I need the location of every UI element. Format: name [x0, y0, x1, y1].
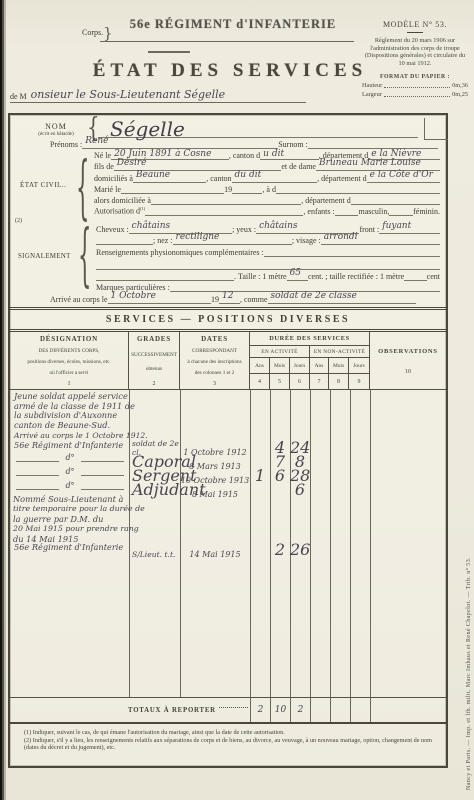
nose-field: rectiligne	[173, 226, 292, 245]
totals-ans-nonact	[310, 698, 330, 722]
subject-handwritten: onsieur le Sous-Lieutenant Ségelle	[27, 88, 225, 101]
service-row: Adjudant 8 Mai 1915 6	[129, 480, 310, 492]
totals-jours-value: 2	[298, 705, 304, 715]
spouse-residence-label: alors domiciliée à	[94, 196, 151, 205]
totals-mois-nonact	[330, 698, 350, 722]
col3-number: 3	[213, 381, 216, 387]
column-divider	[370, 698, 371, 722]
non-activite-title: EN NON-ACTIVITÉ	[310, 346, 369, 357]
surnom-label: Surnom :	[278, 140, 308, 149]
hair-value: châtains	[132, 221, 170, 231]
table-body: Jeune soldat appelé service armé de la c…	[10, 390, 446, 697]
mois-label: Mois	[329, 358, 348, 374]
footnotes: (1) Indiquer, suivant le cas, de qui éma…	[10, 724, 446, 752]
model-rule	[407, 32, 423, 33]
joined-year-value: 12	[222, 291, 233, 301]
hair-label: Cheveux :	[96, 225, 129, 234]
as-label: , comme	[240, 295, 268, 304]
ditto-line	[81, 461, 124, 462]
service-row: Caporal 8 Mars 1913 7 8	[129, 452, 310, 464]
canton2-value: du dit	[235, 170, 262, 180]
col2-sub1: SUCCESSIVEMENT	[131, 352, 177, 358]
physiognomy-row: Renseignements physionomiques complément…	[96, 246, 440, 257]
departement2-value: e la Côte d'Or	[370, 170, 433, 180]
column-divider	[330, 390, 331, 697]
regiment-entry-2: 56e Régiment d'Infanterie	[14, 542, 123, 552]
col2-number: 2	[153, 381, 156, 387]
col-mois-nonact: Mois8	[329, 358, 349, 389]
service-row: soldat de 2e cl. 1 Octobre 1912 4 24	[129, 438, 310, 450]
residence-field: Beaune	[133, 164, 206, 183]
residence-label: domiciliés à	[94, 174, 133, 183]
col-mois-act: Mois5	[270, 358, 290, 389]
height-mid-label: cent. ; taille rectifiée : 1 mètre	[308, 272, 404, 281]
totals-jours-act: 2	[290, 698, 310, 722]
totals-mois-act: 10	[270, 698, 290, 722]
jours-value: 6	[290, 480, 310, 499]
service-row: S/Lieut. t.t. 14 Mai 1915 2 26	[129, 540, 310, 552]
nose-face-row: ; nez : rectiligne ; visage : arrondi	[96, 234, 440, 245]
marriage-year-prefix: 19	[224, 185, 232, 194]
designation-line: canton de Beaune-Sud.	[14, 421, 128, 431]
table-title: SERVICES — POSITIONS DIVERSES	[10, 310, 446, 332]
duree-title: DURÉE DES SERVICES	[250, 332, 369, 346]
col-duree-header: DURÉE DES SERVICES EN ACTIVITÉ EN NON-AC…	[250, 332, 370, 389]
date-value: 8 Mai 1915	[180, 490, 250, 499]
subject-printed-prefix: de M	[10, 92, 27, 101]
col1-title: DÉSIGNATION	[40, 335, 98, 343]
nose-label: ; nez :	[153, 236, 173, 245]
continuation-field	[96, 244, 153, 245]
designation-line: Nommé Sous-Lieutenant à	[13, 494, 128, 504]
paper-format-label: FORMAT DU PAPIER :	[362, 74, 468, 80]
as-field: soldat de 2e classe	[268, 285, 416, 304]
physiognomy-field	[264, 256, 440, 257]
face-field: arrondi	[321, 226, 440, 245]
col9-number: 9	[349, 374, 369, 389]
totals-row: TOTAUX À REPORTER 2 10 2	[10, 697, 446, 724]
height-row: . Taille : 1 mètre 65 cent. ; taille rec…	[96, 270, 440, 281]
totals-jours-nonact	[350, 698, 370, 722]
grade-value: S/Lieut. t.t.	[129, 550, 180, 559]
col1-sub3: où l'officier a servi	[49, 370, 88, 376]
totals-ans-act: 2	[250, 698, 270, 722]
page-title: ÉTAT DES SERVICES	[88, 60, 372, 82]
col3-sub2: à chacune des inscriptions	[187, 359, 241, 365]
birth-label: Né le	[94, 151, 111, 160]
spouse-residence-row: alors domiciliée à , département d	[94, 194, 440, 205]
regiment-entry-1: 56e Régiment d'Infanterie	[14, 440, 123, 450]
scan-edge-shadow	[0, 0, 8, 800]
dotted-leader	[219, 707, 248, 708]
nose-value: rectiligne	[176, 232, 220, 242]
father-label: fils de	[94, 162, 114, 171]
departement2-label: , département d	[317, 174, 367, 183]
date-value: 14 Mai 1915	[180, 550, 250, 559]
ditto-row: d°	[16, 466, 124, 476]
dotted-leader	[384, 96, 450, 97]
model-title: MODÈLE N° 53.	[362, 20, 468, 29]
col-dates-header: DATES CORRESPONDANT à chacune des inscri…	[180, 332, 250, 389]
jours-value: 26	[290, 540, 310, 559]
designation-line: titre temporaire pour la durée de	[13, 504, 128, 514]
mois-label: Mois	[270, 358, 289, 374]
prenoms-field: René	[82, 130, 278, 149]
subject-line: de M onsieur le Sous-Lieutenant Ségelle	[10, 88, 306, 103]
signalement-section-label: SIGNALEMENT	[18, 253, 80, 260]
totals-ans-value: 2	[258, 705, 264, 715]
paper-width-row: Largeur 0m,25	[362, 91, 468, 98]
marriage-label: Marié le	[94, 185, 121, 194]
column-divider	[350, 390, 351, 697]
totals-cells: 2 10 2	[250, 698, 370, 722]
col8-number: 8	[329, 374, 348, 389]
footnote-2: (2) Indiquer, s'il y a lieu, les renseig…	[24, 737, 432, 752]
height-suffix-label: cent	[427, 272, 440, 281]
model-box: MODÈLE N° 53. Règlement du 20 mars 1906 …	[362, 20, 468, 98]
col6-number: 6	[290, 374, 309, 389]
regiment-underline-short	[148, 51, 190, 53]
residence-value: Beaune	[136, 170, 170, 180]
column-divider	[310, 390, 311, 697]
departement2-field: e la Côte d'Or	[367, 164, 440, 183]
col5-number: 5	[270, 374, 289, 389]
as-value: soldat de 2e classe	[271, 291, 357, 301]
ans-label: Ans	[250, 358, 269, 374]
face-label: ; visage :	[292, 236, 321, 245]
joined-year-field: 12	[219, 285, 240, 304]
col3-title: DATES	[201, 335, 228, 343]
height-field: 65	[287, 262, 308, 281]
grade-value: Adjudant	[129, 480, 180, 499]
scanned-service-record: Corps.} 56e RÉGIMENT d'INFANTERIE ÉTAT D…	[0, 0, 474, 800]
face-value: arrondi	[324, 232, 358, 242]
residence-row: domiciliés à Beaune , canton du dit , dé…	[94, 172, 440, 183]
joined-date-value: 1 Octobre	[111, 291, 156, 301]
ditto-mark: d°	[59, 481, 80, 490]
paper-height-value: 0m,36	[452, 82, 468, 89]
obs-title: OBSERVATIONS	[378, 348, 438, 355]
blank-row	[96, 259, 440, 270]
col-ans-act: Ans4	[250, 358, 270, 389]
paper-width-label: Largeur	[362, 91, 382, 98]
col1-number: 1	[68, 381, 71, 387]
service-row: Sergent 10 Octobre 1913 1 6 28	[129, 466, 310, 478]
ditto-line	[16, 475, 59, 476]
jours-label: Jours	[290, 358, 309, 374]
authorization-footnote-ref: (1)	[140, 206, 145, 211]
duree-subcolumns: Ans4 Mois5 Jours6 Ans7 Mois8 Jours9	[250, 358, 369, 389]
departement3-label: , département d	[301, 196, 351, 205]
ditto-line	[16, 461, 59, 462]
height-value: 65	[290, 268, 301, 278]
footnote-1: (1) Indiquer, suivant le cas, de qui éma…	[24, 729, 432, 737]
col4-number: 4	[250, 374, 269, 389]
joined-label: Arrivé au corps le	[50, 295, 108, 304]
col7-number: 7	[310, 374, 328, 389]
form-frame: NOM (écrit en bâtarde) { Ségelle Prénoms…	[8, 113, 448, 768]
mois-value: 2	[270, 540, 290, 559]
prenoms-row: Prénoms : René Surnom :	[50, 137, 438, 149]
etat-civil-section-label: ÉTAT CIVIL..	[20, 181, 80, 189]
col-ans-nonact: Ans7	[309, 358, 329, 389]
paper-height-row: Hauteur 0m,36	[362, 82, 468, 89]
ditto-row: d°	[16, 452, 124, 462]
col3-sub1: CORRESPONDANT	[192, 348, 237, 354]
col2-sub2: obtenus	[146, 366, 162, 372]
canton2-field: du dit	[232, 164, 318, 183]
margin-footnote-ref: (2)	[15, 218, 22, 224]
ditto-line	[81, 475, 124, 476]
corps-label: Corps.	[82, 28, 103, 37]
table-header: DÉSIGNATION DES DIFFÉRENTS CORPS, positi…	[10, 332, 446, 390]
paper-width-value: 0m,25	[452, 91, 468, 98]
col-grades-header: GRADES SUCCESSIVEMENT obtenus 2	[129, 332, 180, 389]
col-jours-act: Jours6	[290, 358, 310, 389]
physiognomy-label: Renseignements physionomiques complément…	[96, 248, 264, 257]
ditto-line	[81, 489, 124, 490]
identity-section: NOM (écrit en bâtarde) { Ségelle Prénoms…	[10, 115, 446, 310]
col1-sub1: DES DIFFÉRENTS CORPS,	[39, 348, 100, 354]
height-label: . Taille : 1 mètre	[234, 272, 286, 281]
column-divider	[370, 390, 371, 697]
totals-mois-value: 10	[275, 705, 286, 715]
designation-paragraph-1: Jeune soldat appelé service armé de la c…	[14, 392, 128, 441]
joined-date-field: 1 Octobre	[108, 285, 211, 304]
paper-height-label: Hauteur	[362, 82, 382, 89]
ditto-mark: d°	[59, 453, 80, 462]
activite-title: EN ACTIVITÉ	[250, 346, 310, 357]
joined-year-prefix: 19	[211, 295, 219, 304]
col2-title: GRADES	[137, 335, 171, 343]
marriage-row: Marié le 19 , à d	[94, 183, 440, 194]
regiment-title: 56e RÉGIMENT d'INFANTERIE	[112, 17, 354, 32]
corps-label-row: Corps.}	[82, 24, 113, 42]
ditto-line	[16, 489, 59, 490]
jours-label: Jours	[349, 358, 369, 374]
col10-number: 10	[405, 369, 411, 375]
col-jours-nonact: Jours9	[349, 358, 369, 389]
ans-label: Ans	[310, 358, 328, 374]
printer-imprint: Nancy et Paris. — Imp. et lib. milit. Ma…	[466, 557, 472, 790]
model-regulation: Règlement du 20 mars 1906 sur l'administ…	[362, 37, 468, 67]
col1-sub2: positions diverses, écoles, missions, et…	[27, 359, 110, 365]
canton2-label: , canton	[206, 174, 231, 183]
totals-label: TOTAUX À REPORTER	[128, 707, 216, 714]
ditto-row: d°	[16, 480, 124, 490]
regiment-underline	[100, 41, 354, 42]
joined-corps-row: Arrivé au corps le 1 Octobre 19 12 , com…	[50, 292, 416, 304]
designation-line: 20 Mai 1915 pour prendre rang	[13, 524, 128, 534]
ditto-mark: d°	[59, 467, 80, 476]
col-observations-header: OBSERVATIONS 10	[370, 332, 446, 389]
totals-label-row: TOTAUX À REPORTER	[128, 698, 248, 722]
dotted-leader	[384, 87, 450, 88]
designation-line: la guerre par D.M. du	[13, 514, 128, 524]
col3-sub3: des colonnes 1 et 2	[195, 370, 234, 376]
designation-paragraph-2: Nommé Sous-Lieutenant à titre temporaire…	[13, 494, 128, 544]
col-designation-header: DÉSIGNATION DES DIFFÉRENTS CORPS, positi…	[10, 332, 129, 389]
marriage-place-label: , à d	[262, 185, 276, 194]
duree-split: EN ACTIVITÉ EN NON-ACTIVITÉ	[250, 346, 369, 358]
